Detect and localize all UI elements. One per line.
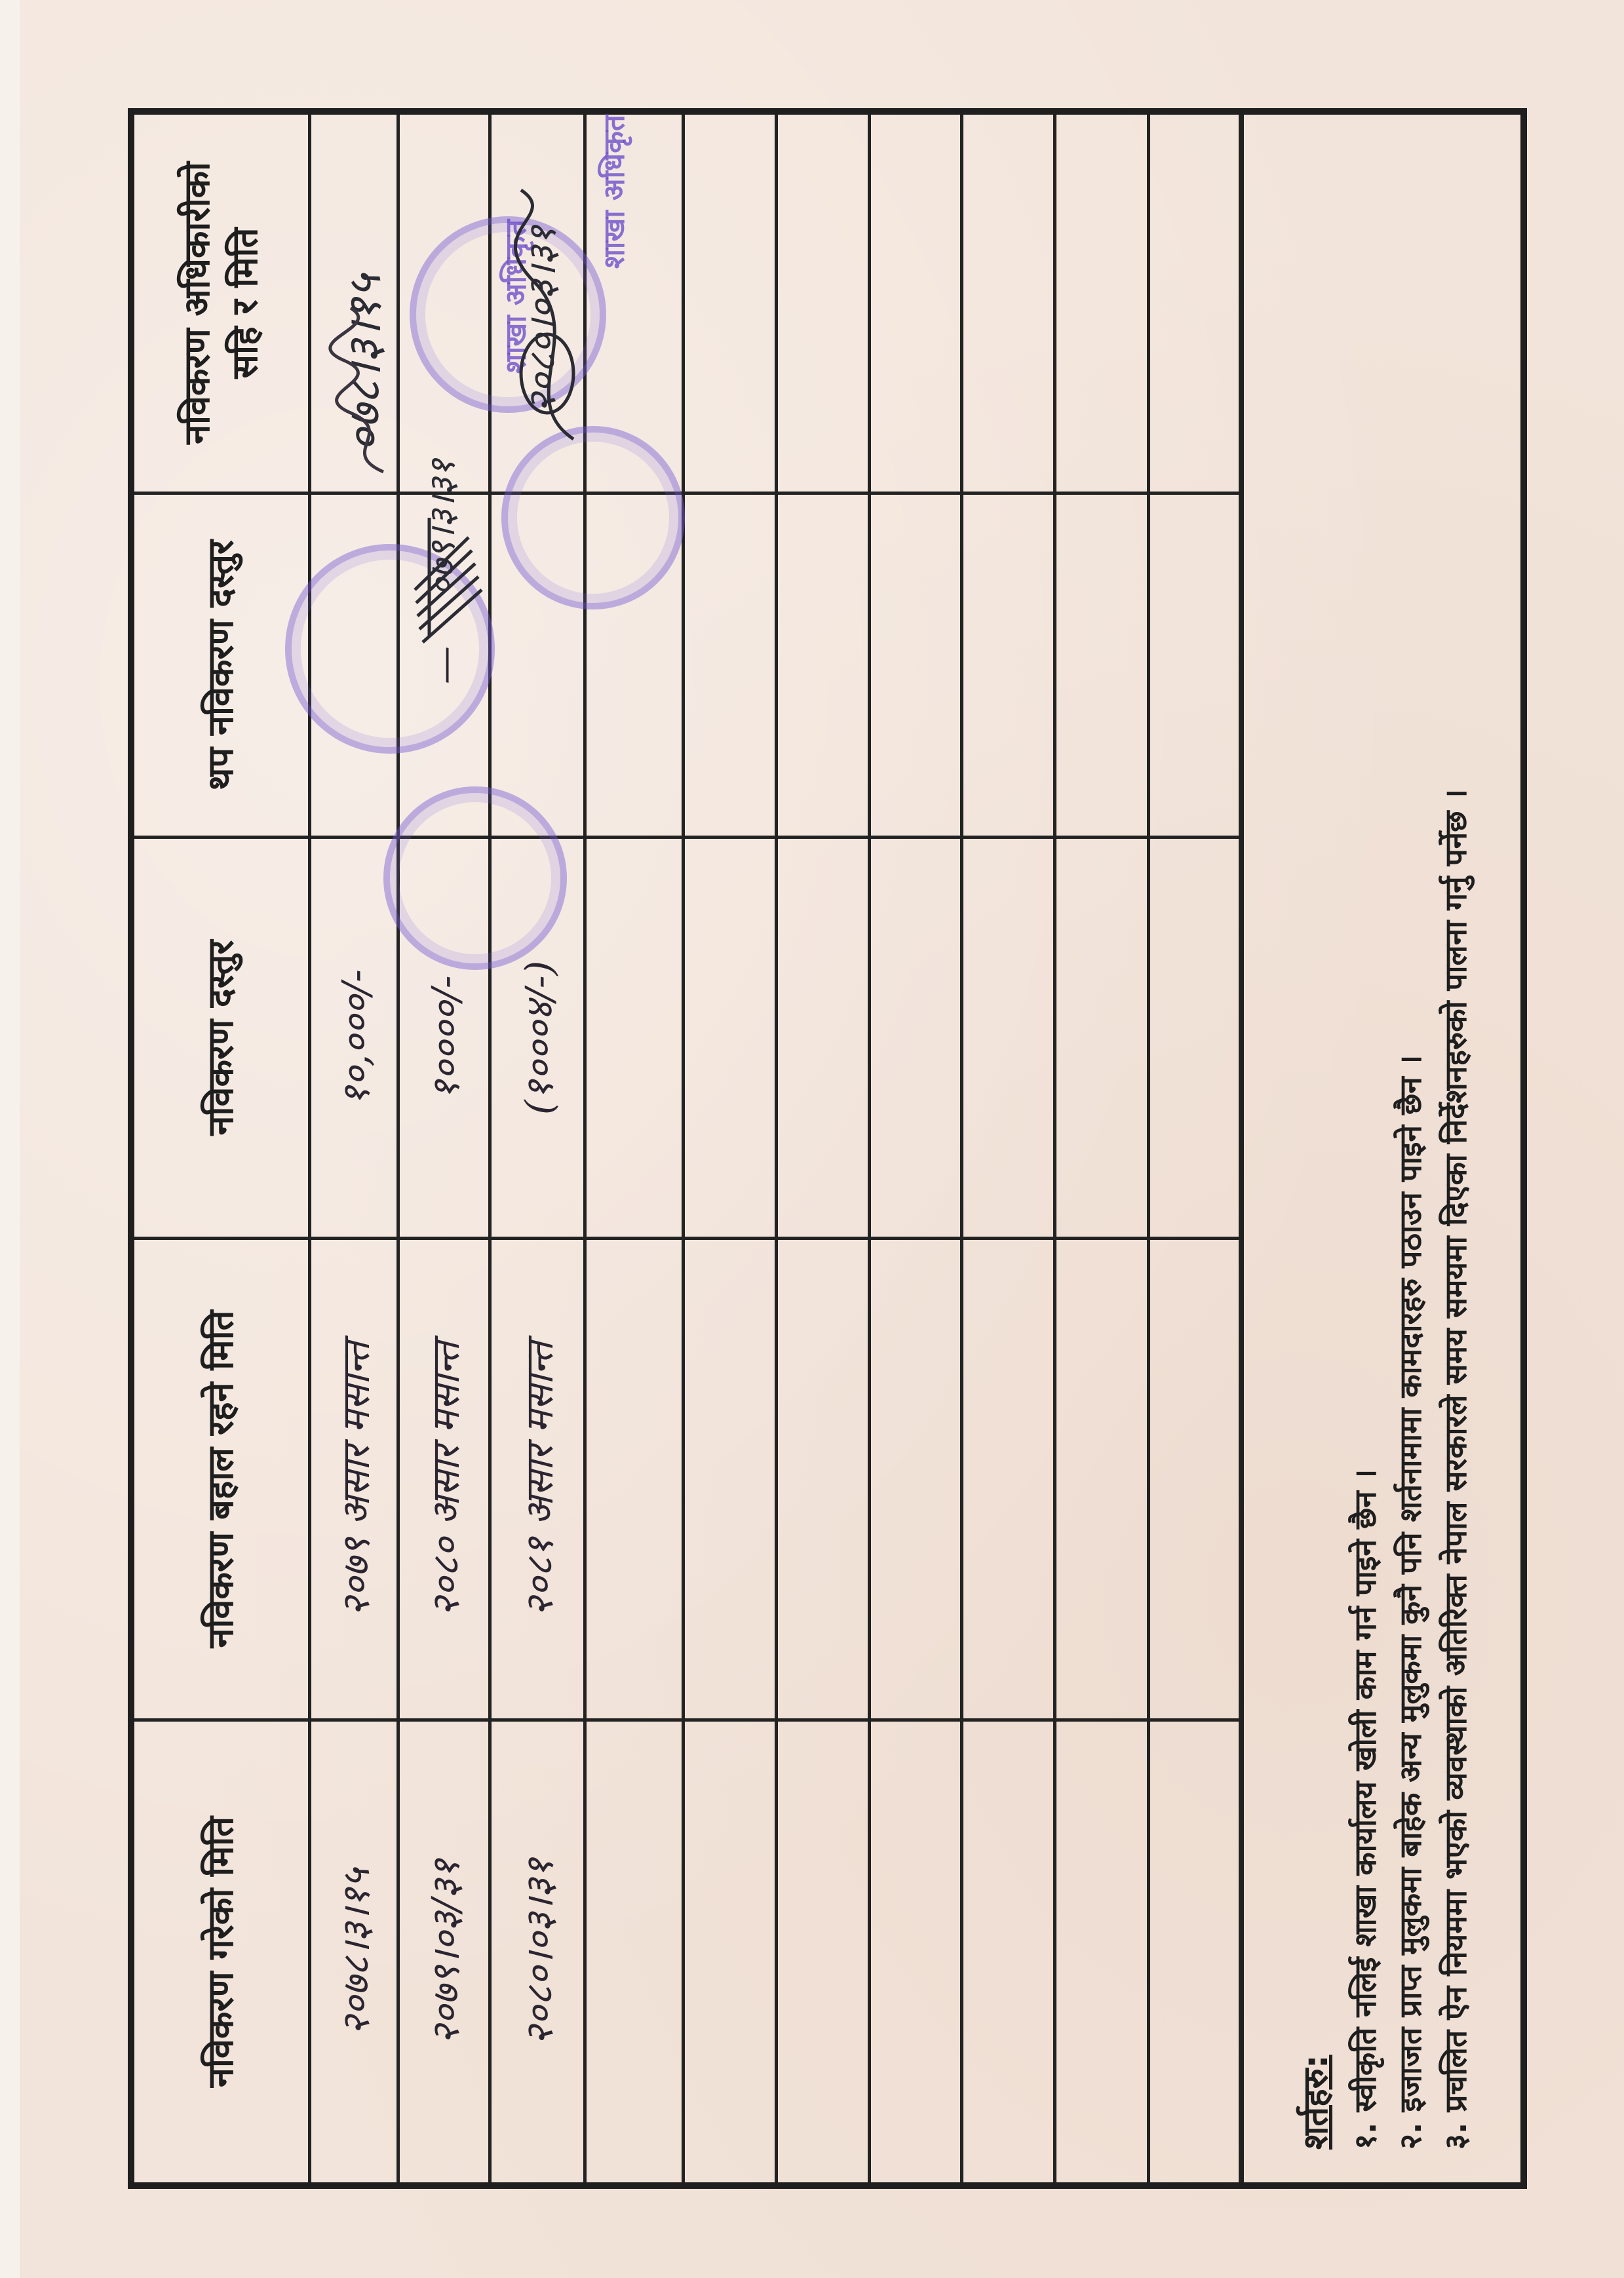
- row-divider: [1147, 115, 1150, 2182]
- row-divider: [1053, 115, 1056, 2182]
- conditions-section: शर्तहरु: १. स्वीकृति नलिई शाखा कार्यालय …: [1252, 125, 1527, 2169]
- signature-loop-icon: [501, 177, 587, 452]
- table-grid: नविकरण गरेको मिति नविकरण बहाल रहने मिति …: [134, 115, 1245, 2182]
- stamp-label: शाखा अधिकृत: [593, 115, 632, 269]
- signature-hatch-icon: [410, 505, 488, 649]
- row-divider: [868, 115, 871, 2182]
- condition-item: ३. प्रचलित ऐन नियममा भएको व्यवस्थाको अति…: [1433, 144, 1479, 2150]
- header-additional-fee: थप नविकरण दस्तुर: [134, 495, 308, 836]
- row1-renewal-date: २०७८।३।१५: [311, 1722, 396, 2182]
- header-valid-until: नविकरण बहाल रहने मिति: [134, 1240, 308, 1718]
- header-officer-signature: नविकरण अधिकारीको सहि र मिति: [134, 115, 308, 492]
- official-stamp: [501, 426, 685, 609]
- rotated-document: नविकरण गरेको मिति नविकरण बहाल रहने मिति …: [0, 0, 1624, 2278]
- row-divider: [775, 115, 778, 2182]
- grid-bottom-border: [1239, 115, 1244, 2182]
- row1-fee: १०,०००/-: [311, 839, 396, 1237]
- row2-renewal-date: २०७९।०३/३१: [400, 1722, 488, 2182]
- header-renewal-fee: नविकरण दस्तुर: [134, 839, 308, 1237]
- row-divider: [960, 115, 963, 2182]
- condition-item: २. इजाजत प्राप्त मुलुकमा बाहेक अन्य मुलु…: [1388, 144, 1433, 2150]
- row3-valid-until: २०८१ असार मसान्त: [492, 1240, 583, 1718]
- signature-scribble-icon: [324, 269, 403, 478]
- row-divider: [682, 115, 685, 2182]
- row1-valid-until: २०७९ असार मसान्त: [311, 1240, 396, 1718]
- condition-item: १. स्वीकृति नलिई शाखा कार्यालय खोली काम …: [1343, 144, 1388, 2150]
- official-stamp: [383, 786, 567, 970]
- row2-valid-until: २०८० असार मसान्त: [400, 1240, 488, 1718]
- header-renewal-date: नविकरण गरेको मिति: [134, 1722, 308, 2182]
- conditions-title: शर्तहरु:: [1291, 144, 1338, 2150]
- row3-renewal-date: २०८०।०३।३१: [492, 1722, 583, 2182]
- renewal-table: नविकरण गरेको मिति नविकरण बहाल रहने मिति …: [128, 108, 1527, 2189]
